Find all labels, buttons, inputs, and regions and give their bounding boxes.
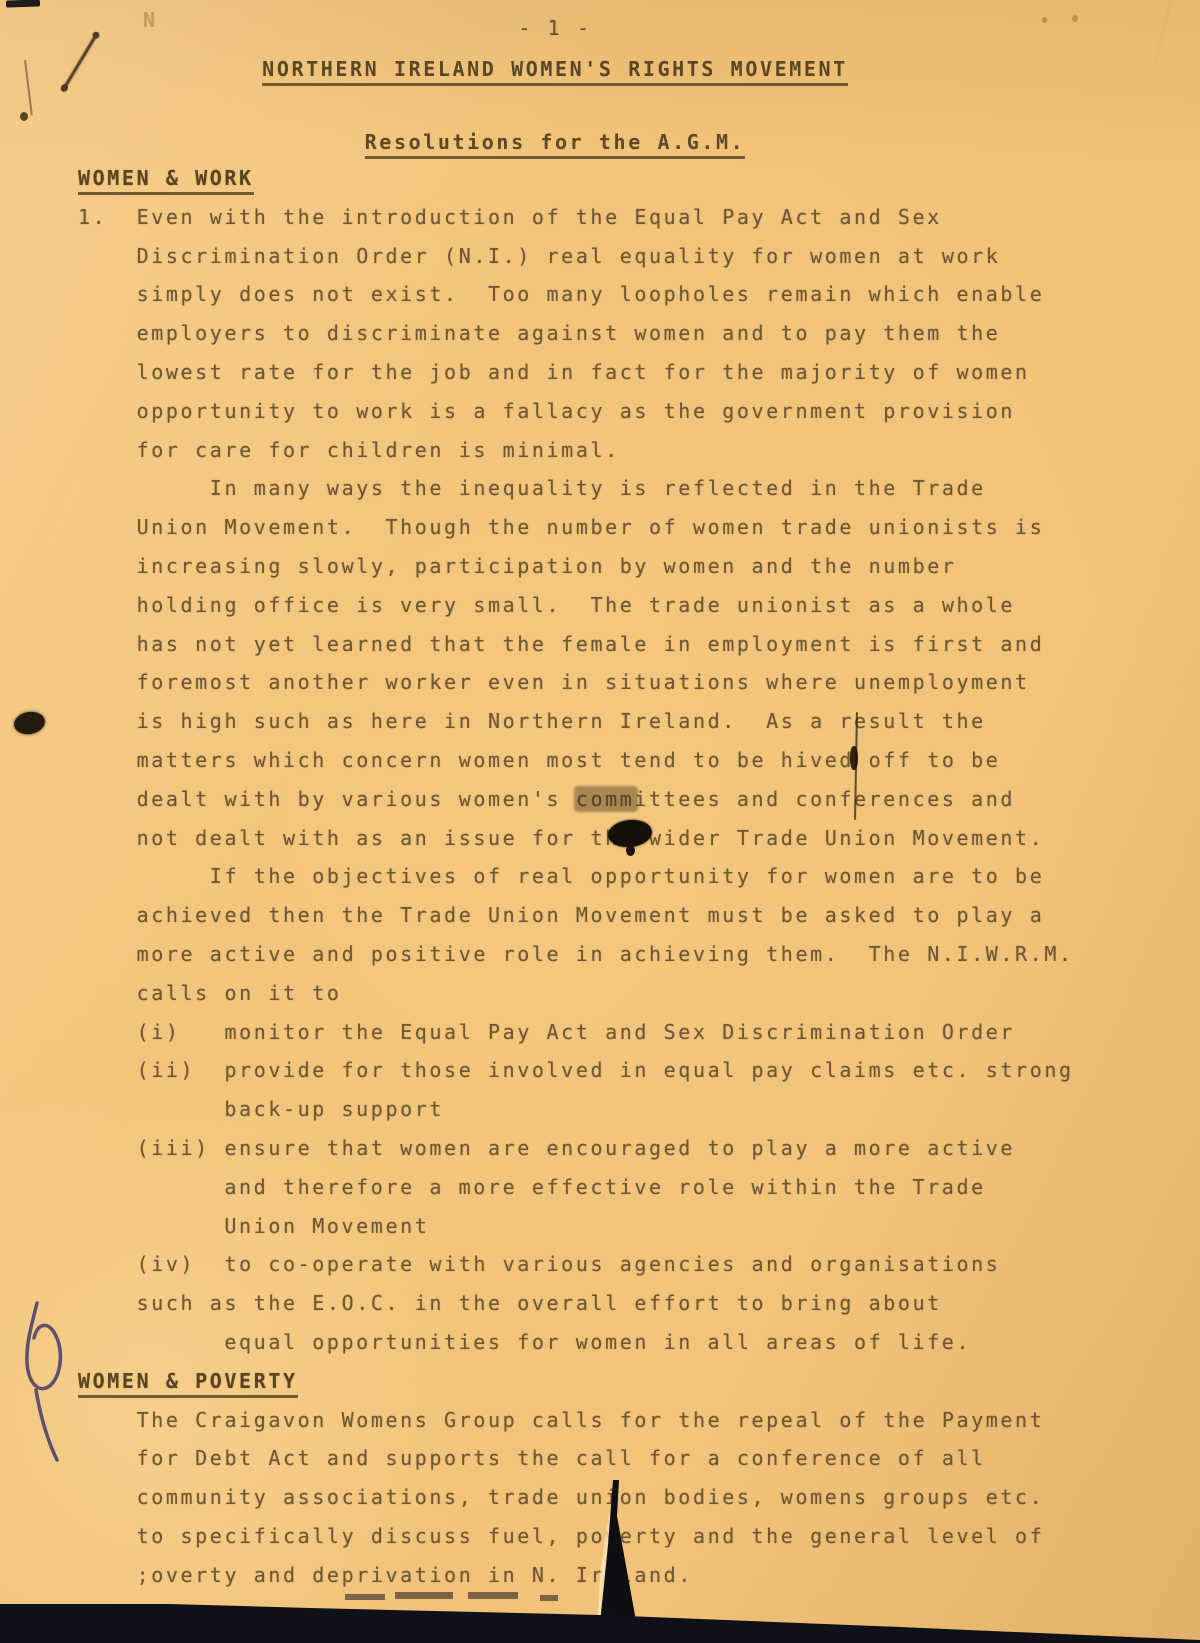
- document-line: (iii) ensure that women are encouraged t…: [78, 1129, 1158, 1168]
- document-line: has not yet learned that the female in e…: [78, 625, 1158, 664]
- paper-crease: [1144, 0, 1173, 103]
- section-heading: WOMEN & WORK: [78, 159, 1158, 198]
- document-subtitle: Resolutions for the A.G.M.: [0, 130, 1110, 154]
- document-line: ;overty and deprivation in N. Ireland.: [78, 1556, 1158, 1595]
- document-line: Union Movement. Though the number of wom…: [78, 508, 1158, 547]
- document-line: equal opportunities for women in all are…: [78, 1323, 1158, 1362]
- document-line: for Debt Act and supports the call for a…: [78, 1439, 1158, 1478]
- document-line: dealt with by various women's committees…: [78, 780, 1158, 819]
- document-line: to specifically discuss fuel, poverty an…: [78, 1517, 1158, 1556]
- document-subtitle-text: Resolutions for the A.G.M.: [365, 130, 746, 159]
- document-line: holding office is very small. The trade …: [78, 586, 1158, 625]
- document-line: such as the E.O.C. in the overall effort…: [78, 1284, 1158, 1323]
- document-line: (iv) to co-operate with various agencies…: [78, 1245, 1158, 1284]
- section-heading: WOMEN & POVERTY: [78, 1362, 1158, 1401]
- document-line: more active and positive role in achievi…: [78, 935, 1158, 974]
- document-line: Union Movement: [78, 1207, 1158, 1246]
- document-line: lowest rate for the job and in fact for …: [78, 353, 1158, 392]
- document-line: If the objectives of real opportunity fo…: [78, 857, 1158, 896]
- document-line: not dealt with as an issue for the wider…: [78, 819, 1158, 858]
- margin-ink-blob: [12, 709, 46, 736]
- document-line: achieved then the Trade Union Movement m…: [78, 896, 1158, 935]
- document-body: WOMEN & WORK1. Even with the introductio…: [78, 159, 1158, 1594]
- scan-edge-black-band: [0, 1604, 1200, 1643]
- document-line: calls on it to: [78, 974, 1158, 1013]
- pen-small-dot: [20, 112, 28, 121]
- document-line: matters which concern women most tend to…: [78, 741, 1158, 780]
- document-line: increasing slowly, participation by wome…: [78, 547, 1158, 586]
- document-line: for care for children is minimal.: [78, 431, 1158, 470]
- document-line: In many ways the inequality is reflected…: [78, 469, 1158, 508]
- document-line: foremost another worker even in situatio…: [78, 663, 1158, 702]
- document-line: employers to discriminate against women …: [78, 314, 1158, 353]
- document-line: Discrimination Order (N.I.) real equalit…: [78, 237, 1158, 276]
- document-title-text: NORTHERN IRELAND WOMEN'S RIGHTS MOVEMENT: [262, 57, 848, 86]
- document-line: community associations, trade union bodi…: [78, 1478, 1158, 1517]
- document-line: (ii) provide for those involved in equal…: [78, 1051, 1158, 1090]
- document-line: opportunity to work is a fallacy as the …: [78, 392, 1158, 431]
- document-line: The Craigavon Womens Group calls for the…: [78, 1401, 1158, 1440]
- section-heading-text: WOMEN & WORK: [78, 166, 254, 195]
- document-line: is high such as here in Northern Ireland…: [78, 702, 1158, 741]
- section-heading-text: WOMEN & POVERTY: [78, 1369, 298, 1398]
- document-line: and therefore a more effective role with…: [78, 1168, 1158, 1207]
- document-line: simply does not exist. Too many loophole…: [78, 275, 1158, 314]
- pen-loop-mark: [27, 1303, 61, 1460]
- document-line: 1. Even with the introduction of the Equ…: [78, 198, 1158, 237]
- document-line: back-up support: [78, 1090, 1158, 1129]
- document-line: (i) monitor the Equal Pay Act and Sex Di…: [78, 1013, 1158, 1052]
- scanned-document-page: - 1 - NORTHERN IRELAND WOMEN'S RIGHTS MO…: [0, 0, 1200, 1643]
- document-title: NORTHERN IRELAND WOMEN'S RIGHTS MOVEMENT: [0, 57, 1110, 81]
- page-number: - 1 -: [0, 16, 1110, 40]
- corner-dark-strip: [6, 0, 40, 8]
